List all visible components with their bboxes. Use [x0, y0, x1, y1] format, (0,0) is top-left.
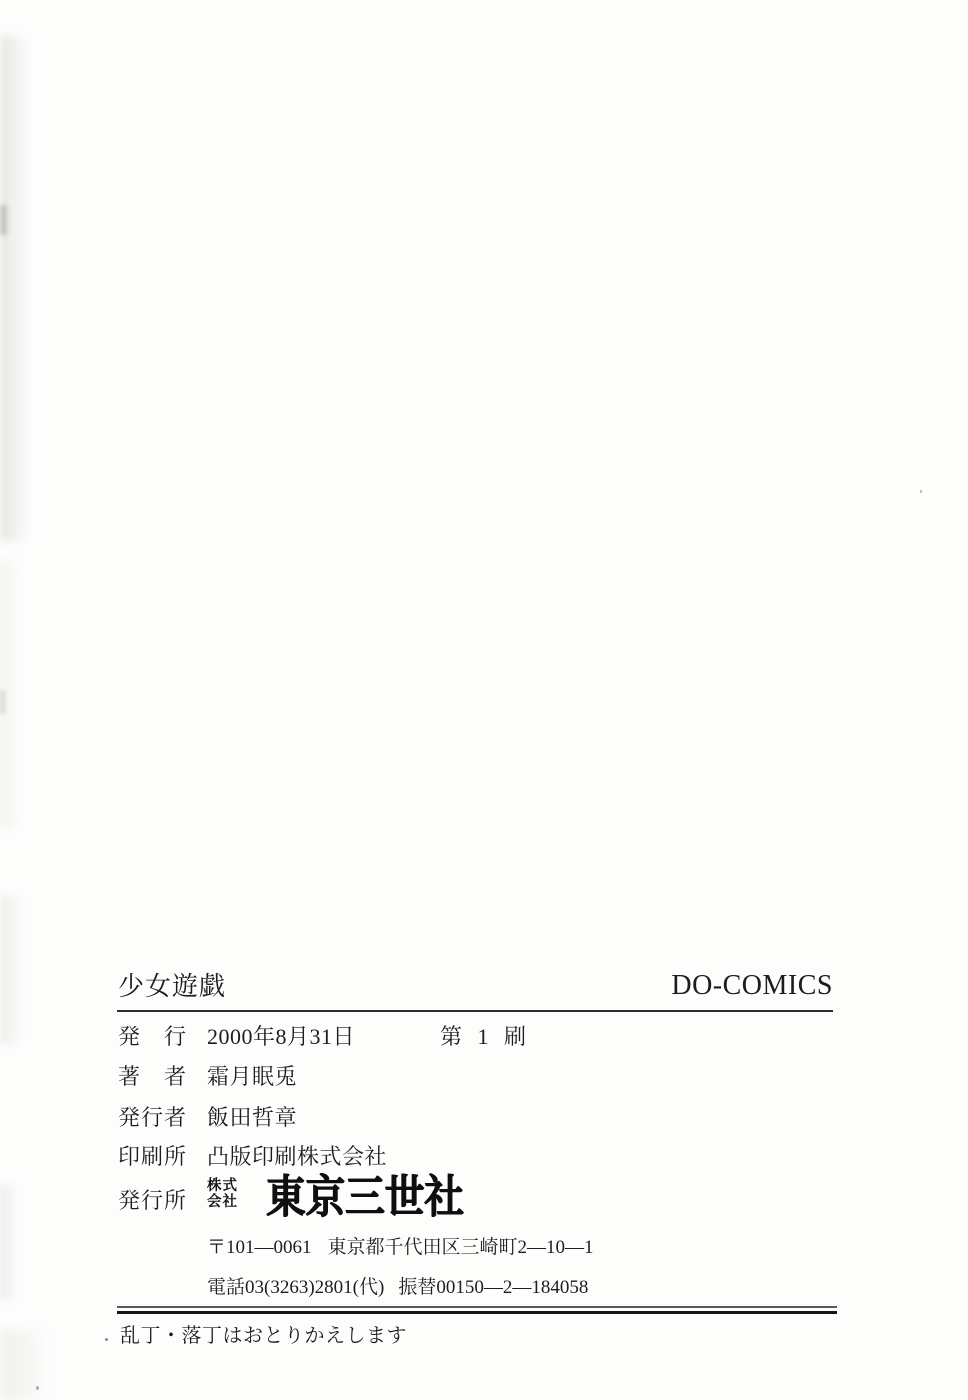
scan-speck	[920, 490, 922, 493]
colophon-page: 少女遊戯 DO-COMICS 発 行 2000年8月31日 第 1 刷 著 者 …	[0, 0, 968, 1400]
imprint-label: DO-COMICS	[671, 972, 833, 1000]
scan-edge-smudge	[0, 1330, 62, 1400]
header-rule	[117, 1010, 833, 1012]
row-label: 発行者	[118, 1105, 186, 1130]
printer-name: 凸版印刷株式会社	[207, 1144, 387, 1169]
colophon-row-author: 著 者 霜月眠兎	[118, 1064, 878, 1094]
postal-transfer-number: 振替00150—2—184058	[398, 1277, 588, 1298]
edition-label: 第 1 刷	[440, 1024, 531, 1049]
scan-speck	[36, 1386, 39, 1390]
scan-edge-mark	[0, 205, 7, 235]
row-label: 発 行	[118, 1024, 186, 1049]
publisher-logo: 東京三世社	[266, 1174, 464, 1219]
postal-code: 〒101—0061	[207, 1237, 312, 1258]
colophon-row-publication: 発 行 2000年8月31日 第 1 刷	[118, 1024, 878, 1054]
publisher-phone-line: 電話03(3263)2801(代)振替00150—2—184058	[207, 1277, 588, 1300]
colophon-row-issuer: 発行者 飯田哲章	[118, 1105, 878, 1135]
phone-number: 電話03(3263)2801(代)	[207, 1277, 384, 1298]
row-label: 著 者	[118, 1064, 186, 1089]
street-address: 東京都千代田区三崎町2—10—1	[328, 1237, 594, 1258]
scan-speck	[105, 1338, 108, 1341]
scan-edge-mark	[0, 690, 5, 714]
scan-edge-smudge	[0, 895, 30, 1045]
corporation-prefix: 株式 会社	[207, 1179, 238, 1210]
publisher-address-line: 〒101—0061東京都千代田区三崎町2—10—1	[207, 1237, 594, 1260]
scan-edge-smudge	[0, 1185, 24, 1300]
row-label: 発行所	[118, 1184, 186, 1215]
publication-date: 2000年8月31日	[207, 1024, 355, 1049]
scan-edge-smudge	[0, 36, 40, 541]
row-label: 印刷所	[118, 1144, 186, 1169]
scan-edge-smudge	[0, 560, 26, 830]
book-title: 少女遊戯	[118, 974, 226, 1000]
issuer-name: 飯田哲章	[207, 1105, 297, 1130]
author-name: 霜月眠兎	[207, 1064, 297, 1089]
colophon-row-publisher: 発行所 株式 会社 東京三世社	[118, 1184, 878, 1236]
defective-copy-notice: 乱丁・落丁はおとりかえします	[120, 1324, 407, 1348]
corporation-prefix-top: 株式	[207, 1179, 238, 1195]
footer-double-rule	[117, 1306, 837, 1314]
corporation-prefix-bottom: 会社	[207, 1195, 238, 1211]
colophon-row-printer: 印刷所 凸版印刷株式会社	[118, 1144, 878, 1174]
